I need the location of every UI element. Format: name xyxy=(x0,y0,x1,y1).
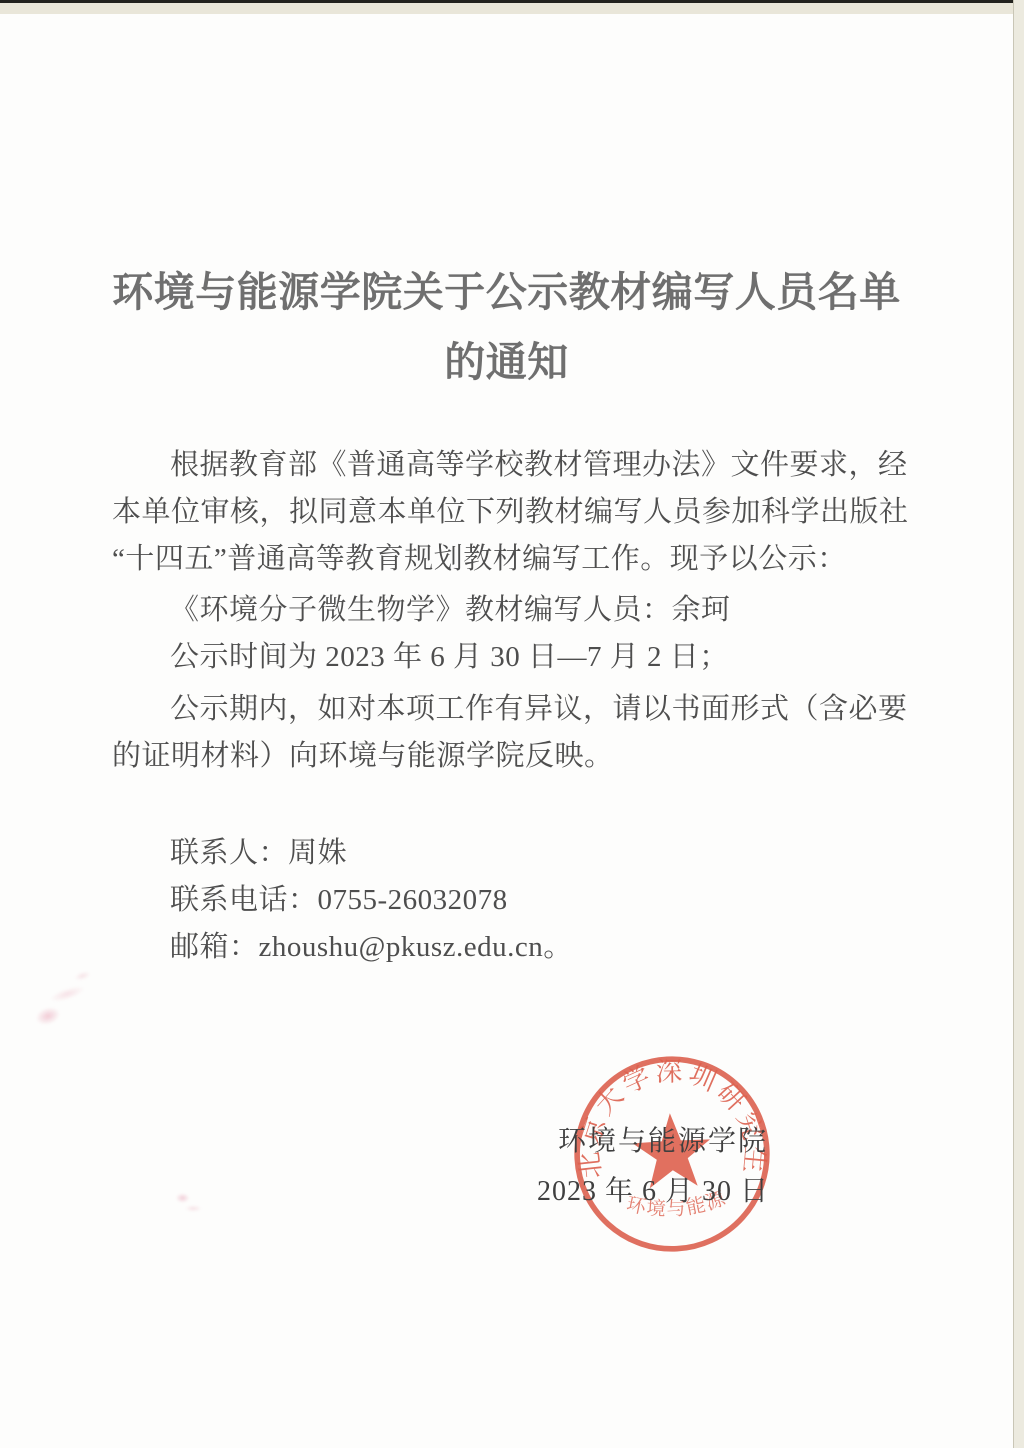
signature-date: 2023 年 6 月 30 日 xyxy=(498,1174,808,1210)
scan-edge-right xyxy=(1013,0,1024,1448)
paragraph-intro: 根据教育部《普通高等学校教材管理办法》文件要求，经本单位审核，拟同意本单位下列教… xyxy=(112,442,914,583)
signature-org: 环境与能源学院 xyxy=(508,1124,818,1160)
contact-block: 联系人：周姝 联系电话：0755-26032078 邮箱：zhoushu@pku… xyxy=(112,830,914,971)
paragraph-objection: 公示期内，如对本项工作有异议，请以书面形式（含必要的证明材料）向环境与能源学院反… xyxy=(112,686,914,780)
document-body: 根据教育部《普通高等学校教材管理办法》文件要求，经本单位审核，拟同意本单位下列教… xyxy=(112,442,914,780)
ink-smudge-left xyxy=(20,966,104,1036)
title-line-1: 环境与能源学院关于公示教材编写人员名单 xyxy=(0,257,1013,327)
paragraph-textbook-authors: 《环境分子微生物学》教材编写人员：余珂 xyxy=(112,587,914,634)
contact-email: 邮箱：zhoushu@pkusz.edu.cn。 xyxy=(112,924,914,971)
contact-phone: 联系电话：0755-26032078 xyxy=(112,877,914,924)
scan-edge-top xyxy=(0,0,1024,14)
ink-smudge-small xyxy=(170,1186,206,1216)
title-line-2: 的通知 xyxy=(0,327,1013,397)
contact-person: 联系人：周姝 xyxy=(112,830,914,877)
document-title: 环境与能源学院关于公示教材编写人员名单 的通知 xyxy=(0,257,1013,397)
paragraph-publicity-period: 公示时间为 2023 年 6 月 30 日—7 月 2 日； xyxy=(112,634,914,681)
